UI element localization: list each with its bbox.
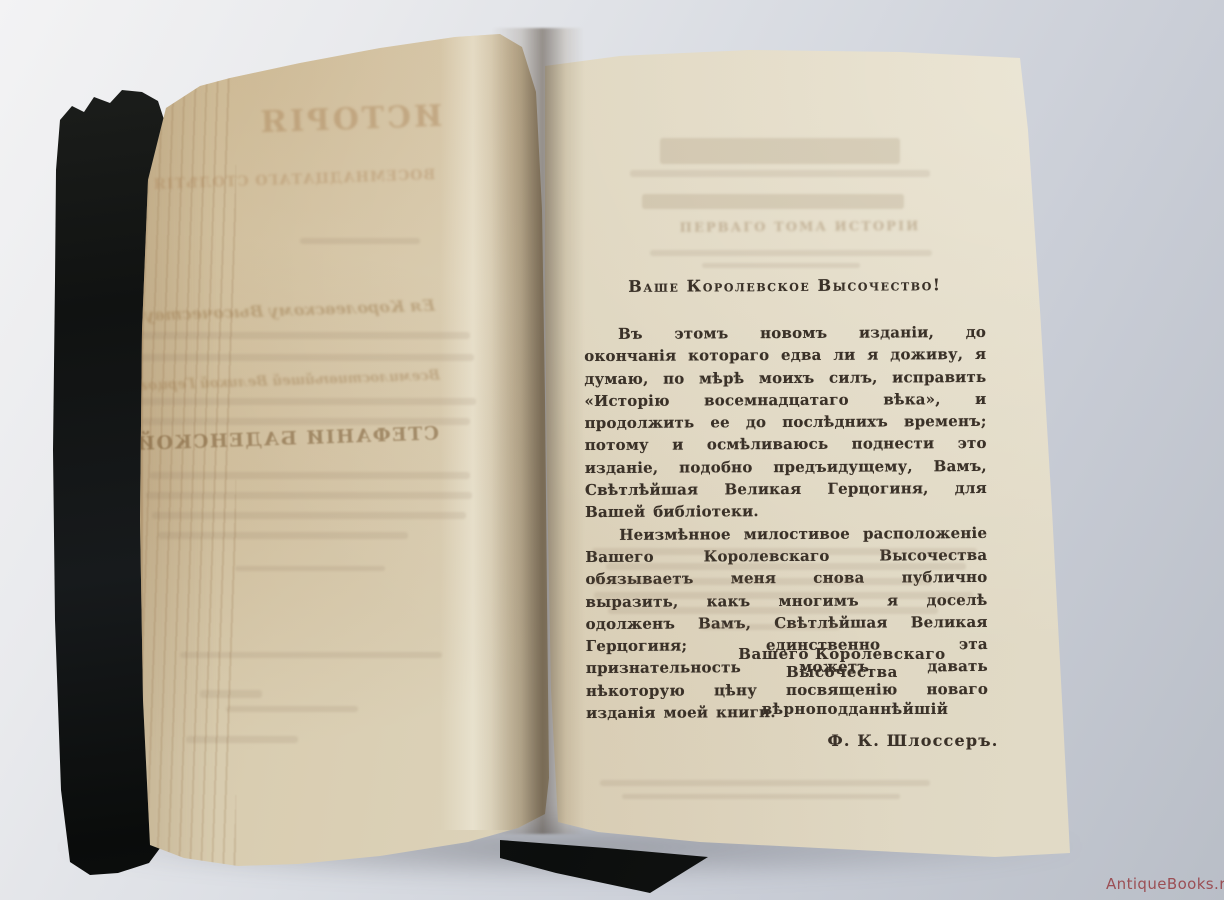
showthrough-title-istoriya: ИСТОРІЯ bbox=[251, 99, 448, 141]
showthrough-bar bbox=[608, 607, 938, 614]
showthrough-bar bbox=[642, 194, 904, 209]
showthrough-bar bbox=[630, 170, 930, 177]
dedication-paragraph-1: Въ этомъ новомъ изданіи, до окончанія ко… bbox=[584, 321, 987, 524]
showthrough-bar bbox=[150, 472, 470, 479]
author-signature: Ф. К. Шлоссеръ. bbox=[788, 731, 1038, 750]
showthrough-bar bbox=[606, 563, 966, 570]
showthrough-bar bbox=[180, 652, 442, 658]
showthrough-bar bbox=[140, 398, 476, 405]
showthrough-bar bbox=[660, 138, 900, 164]
showthrough-bar bbox=[152, 512, 466, 519]
showthrough-bar bbox=[622, 794, 900, 799]
left-page-curl-shading bbox=[440, 30, 550, 830]
showthrough-bar bbox=[140, 332, 470, 339]
valediction-line: Вашего Королевскаго Высочества bbox=[697, 645, 987, 681]
showthrough-bar bbox=[650, 250, 932, 256]
showthrough-bar bbox=[134, 354, 474, 361]
salutation-line: Ваше Королевское Высочество! bbox=[584, 275, 986, 296]
showthrough-bar bbox=[702, 263, 860, 268]
photo-antique-open-book: ИСТОРІЯ ВОСЕМНАДЦАТАГО СТОЛѢТІЯ Ея Корол… bbox=[0, 0, 1224, 900]
showthrough-bar bbox=[186, 736, 298, 743]
showthrough-volume-line: ПЕРВАГО ТОМА ИСТОРІИ bbox=[615, 219, 985, 237]
showthrough-bar bbox=[594, 592, 974, 599]
watermark-text: AntiqueBooks.ru bbox=[1106, 875, 1224, 893]
showthrough-bar bbox=[235, 566, 385, 571]
showthrough-bar bbox=[300, 238, 420, 244]
showthrough-bar bbox=[158, 532, 408, 539]
showthrough-bar bbox=[200, 690, 262, 698]
showthrough-bar bbox=[226, 706, 358, 712]
showthrough-bar bbox=[700, 624, 840, 630]
showthrough-bar bbox=[600, 780, 930, 786]
showthrough-bar bbox=[592, 548, 977, 555]
showthrough-bar bbox=[592, 578, 932, 585]
showthrough-bar bbox=[146, 492, 472, 499]
closing-line: вѣрноподданнѣйшій bbox=[730, 700, 980, 718]
